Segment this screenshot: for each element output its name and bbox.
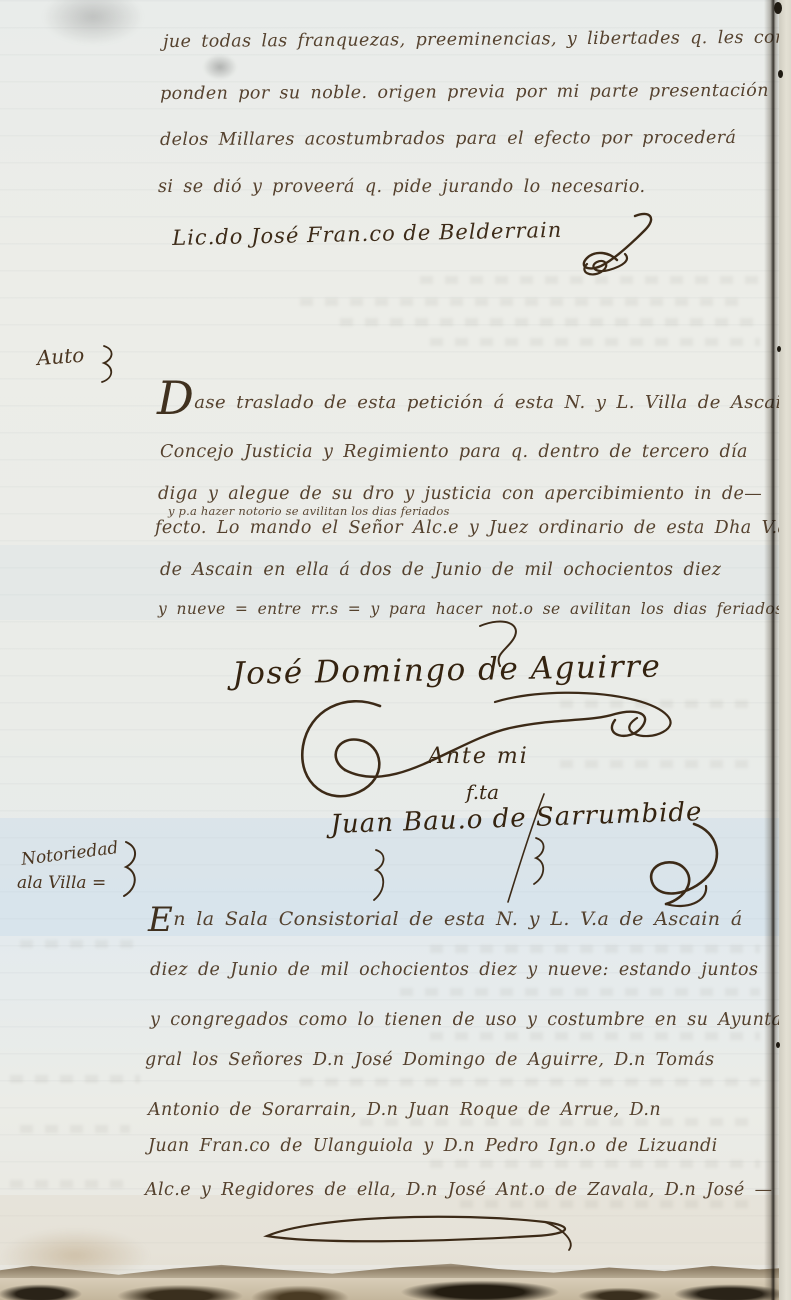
ink-smudge bbox=[38, 0, 148, 47]
bleed-through-line bbox=[430, 1032, 760, 1040]
manuscript-line-text: ase traslado de esta petición á esta N. … bbox=[194, 392, 791, 413]
manuscript-line: y congregados como lo tienen de uso y co… bbox=[150, 1010, 791, 1030]
manuscript-line: jue todas las franquezas, preeminencias,… bbox=[163, 27, 791, 52]
ink-smudge bbox=[200, 52, 240, 82]
manuscript-line: En la Sala Consistorial de esta N. y L. … bbox=[148, 908, 743, 930]
edge-ink-mark bbox=[778, 70, 783, 78]
fta-abbrev: f.ta bbox=[466, 780, 499, 804]
rubric-sarrumbide bbox=[628, 818, 728, 913]
manuscript-line: diez de Junio de mil ochocientos diez y … bbox=[150, 960, 758, 980]
manuscript-page: jue todas las franquezas, preeminencias,… bbox=[0, 0, 791, 1300]
interlined-note: y p.a hazer notorio se avilitan los dias… bbox=[168, 504, 450, 518]
bleed-through-line bbox=[10, 1180, 130, 1188]
bleed-through-line bbox=[430, 338, 760, 346]
manuscript-line: Antonio de Sorarrain, D.n Juan Roque de … bbox=[148, 1100, 661, 1120]
bleed-through-line bbox=[430, 945, 760, 953]
ornate-initial: D bbox=[157, 371, 194, 425]
margin-brace bbox=[116, 840, 146, 898]
edge-ink-mark bbox=[776, 1042, 780, 1048]
bleed-through-line bbox=[460, 1200, 760, 1208]
manuscript-line: Juan Fran.co de Ulanguiola y D.n Pedro I… bbox=[148, 1136, 718, 1156]
manuscript-line: de Ascain en ella á dos de Junio de mil … bbox=[160, 560, 721, 580]
bleed-through-line bbox=[20, 1125, 130, 1133]
adjacent-page-edge bbox=[779, 0, 791, 1300]
bleed-through-line bbox=[300, 1078, 760, 1086]
margin-note-auto: Auto bbox=[36, 343, 85, 370]
signature-aguirre: José Domingo de Aguirre bbox=[232, 649, 662, 692]
manuscript-line: Alc.e y Regidores de ella, D.n José Ant.… bbox=[145, 1180, 773, 1200]
manuscript-line: diga y alegue de su dro y justicia con a… bbox=[158, 484, 762, 504]
bleed-through-line bbox=[430, 1160, 760, 1168]
manuscript-line: si se dió y proveerá q. pide jurando lo … bbox=[158, 177, 645, 197]
margin-brace bbox=[96, 344, 120, 384]
manuscript-line: Concejo Justicia y Regimiento para q. de… bbox=[160, 442, 748, 462]
manuscript-line-text: n la Sala Consistorial de esta N. y L. V… bbox=[173, 908, 742, 930]
bleed-through-line bbox=[10, 1075, 140, 1083]
ornate-initial: E bbox=[148, 900, 173, 940]
manuscript-line: fecto. Lo mando el Señor Alc.e y Juez or… bbox=[155, 518, 788, 538]
manuscript-line: Dase traslado de esta petición á esta N.… bbox=[157, 392, 791, 413]
edge-ink-mark bbox=[774, 2, 782, 14]
manuscript-line: gral los Señores D.n José Domingo de Agu… bbox=[145, 1050, 715, 1070]
manuscript-line: ponden por su noble. origen previa por m… bbox=[160, 81, 769, 104]
bleed-through-line bbox=[400, 988, 760, 996]
bleed-through-line bbox=[340, 318, 760, 326]
small-squiggle bbox=[368, 846, 394, 904]
margin-note-ala-villa: ala Villa = bbox=[17, 873, 106, 893]
under-page-strip bbox=[0, 1278, 791, 1300]
signature-belderrain: Lic.do José Fran.co de Belderrain bbox=[172, 218, 562, 250]
manuscript-line: delos Millares acostumbrados para el efe… bbox=[160, 128, 736, 150]
bleed-through-line bbox=[300, 298, 750, 306]
rubric-flourish bbox=[565, 208, 660, 288]
closing-flourish bbox=[255, 1208, 585, 1253]
ante-mi-label: Ante mi bbox=[428, 744, 529, 769]
margin-note-notoriedad: Notoriedad bbox=[20, 838, 119, 870]
page-fold-shadow bbox=[764, 0, 780, 1300]
long-stroke bbox=[500, 790, 550, 908]
edge-ink-mark bbox=[777, 346, 781, 352]
bleed-through-line bbox=[20, 940, 140, 948]
